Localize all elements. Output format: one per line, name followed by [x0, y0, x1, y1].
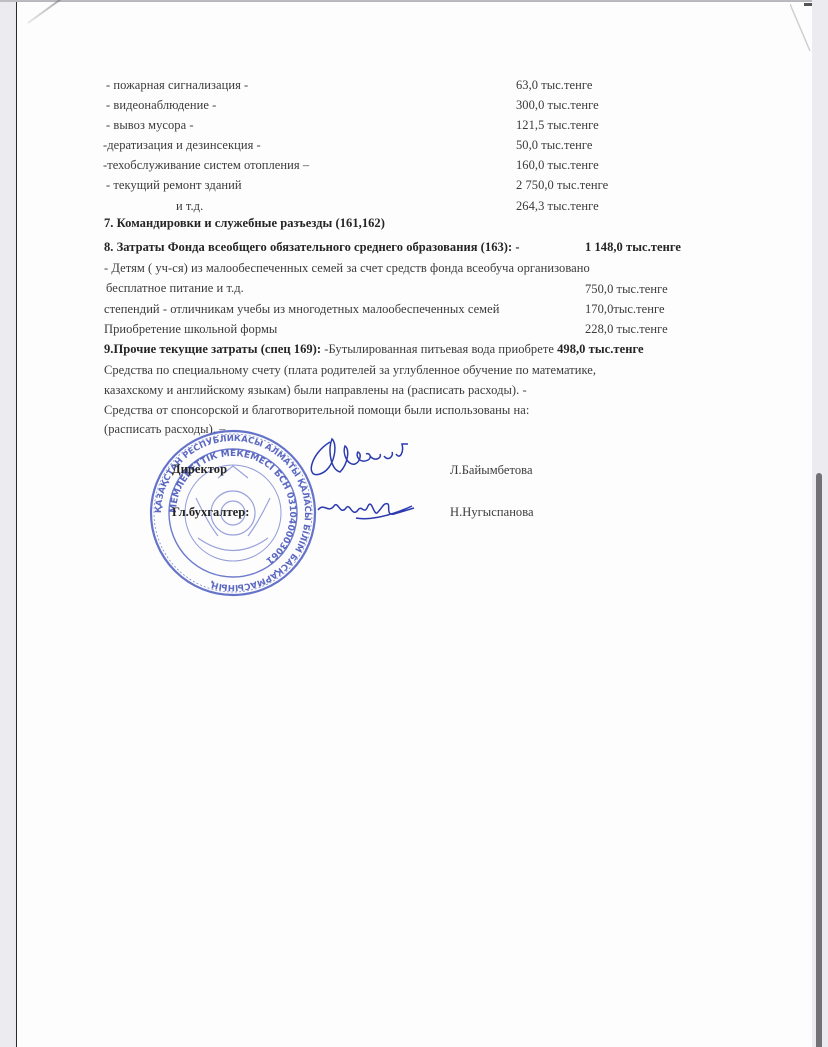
expense-item-label: - текущий ремонт зданий: [106, 178, 242, 192]
section-8-line-4-amount: 228,0 тыс.тенге: [585, 322, 668, 336]
expense-item-amount: 63,0 тыс.тенге: [516, 78, 592, 92]
accountant-name: Н.Нугыспанова: [450, 505, 534, 519]
special-account-line-2: казахскому и английскому языкам) были на…: [104, 383, 527, 397]
scrollbar-thumb[interactable]: [816, 473, 822, 1047]
accountant-label: Гл.бухгалтер:: [172, 505, 249, 519]
director-label: Директор: [172, 462, 227, 476]
sponsor-line-1: Средства от спонсорской и благотворитель…: [104, 403, 529, 417]
expense-item-label: - пожарная сигнализация -: [106, 78, 248, 92]
expense-item-amount: 264,3 тыс.тенге: [516, 199, 599, 213]
expense-item-amount: 160,0 тыс.тенге: [516, 158, 599, 172]
section-8-heading: 8. Затраты Фонда всеобщего обязательного…: [104, 240, 520, 254]
section-9-line: 9.Прочие текущие затраты (спец 169): -Бу…: [104, 342, 644, 356]
section-8-line-3-label: степендий - отличникам учебы из многодет…: [104, 302, 499, 316]
section-9-text: -Бутылированная питьевая вода приобрете: [321, 342, 557, 356]
director-name: Л.Байымбетова: [450, 463, 533, 477]
special-account-line-1: Средства по специальному счету (плата ро…: [104, 363, 596, 377]
section-9-amount: 498,0 тыс.тенге: [557, 342, 644, 356]
expense-item-amount: 2 750,0 тыс.тенге: [516, 178, 608, 192]
section-7-heading: 7. Командировки и служебные разъезды (16…: [104, 216, 385, 230]
section-8-line-4-label: Приобретение школьной формы: [104, 322, 277, 336]
expense-item-amount: 300,0 тыс.тенге: [516, 98, 599, 112]
expense-item-amount: 121,5 тыс.тенге: [516, 118, 599, 132]
expense-item-label: и т.д.: [176, 199, 203, 213]
director-signature: [300, 434, 420, 484]
expense-item-label: - вывоз мусора -: [106, 118, 194, 132]
expense-item-amount: 50,0 тыс.тенге: [516, 138, 592, 152]
section-8-line-1: - Детям ( уч-ся) из малообеспеченных сем…: [104, 261, 590, 275]
section-8-line-3-amount: 170,0тыс.тенге: [585, 302, 665, 316]
section-9-heading: 9.Прочие текущие затраты (спец 169):: [104, 342, 321, 356]
section-8-amount: 1 148,0 тыс.тенге: [585, 240, 681, 254]
section-8-line-2-label: бесплатное питание и т.д.: [106, 281, 244, 295]
expense-item-label: -дератизация и дезинсекция -: [103, 138, 261, 152]
section-8-line-2-amount: 750,0 тыс.тенге: [585, 282, 668, 296]
expense-item-label: - видеонаблюдение -: [106, 98, 216, 112]
accountant-signature: [316, 492, 416, 526]
page-corner-fold: [790, 3, 812, 53]
expense-item-label: -техобслуживание систем отопления –: [103, 158, 309, 172]
